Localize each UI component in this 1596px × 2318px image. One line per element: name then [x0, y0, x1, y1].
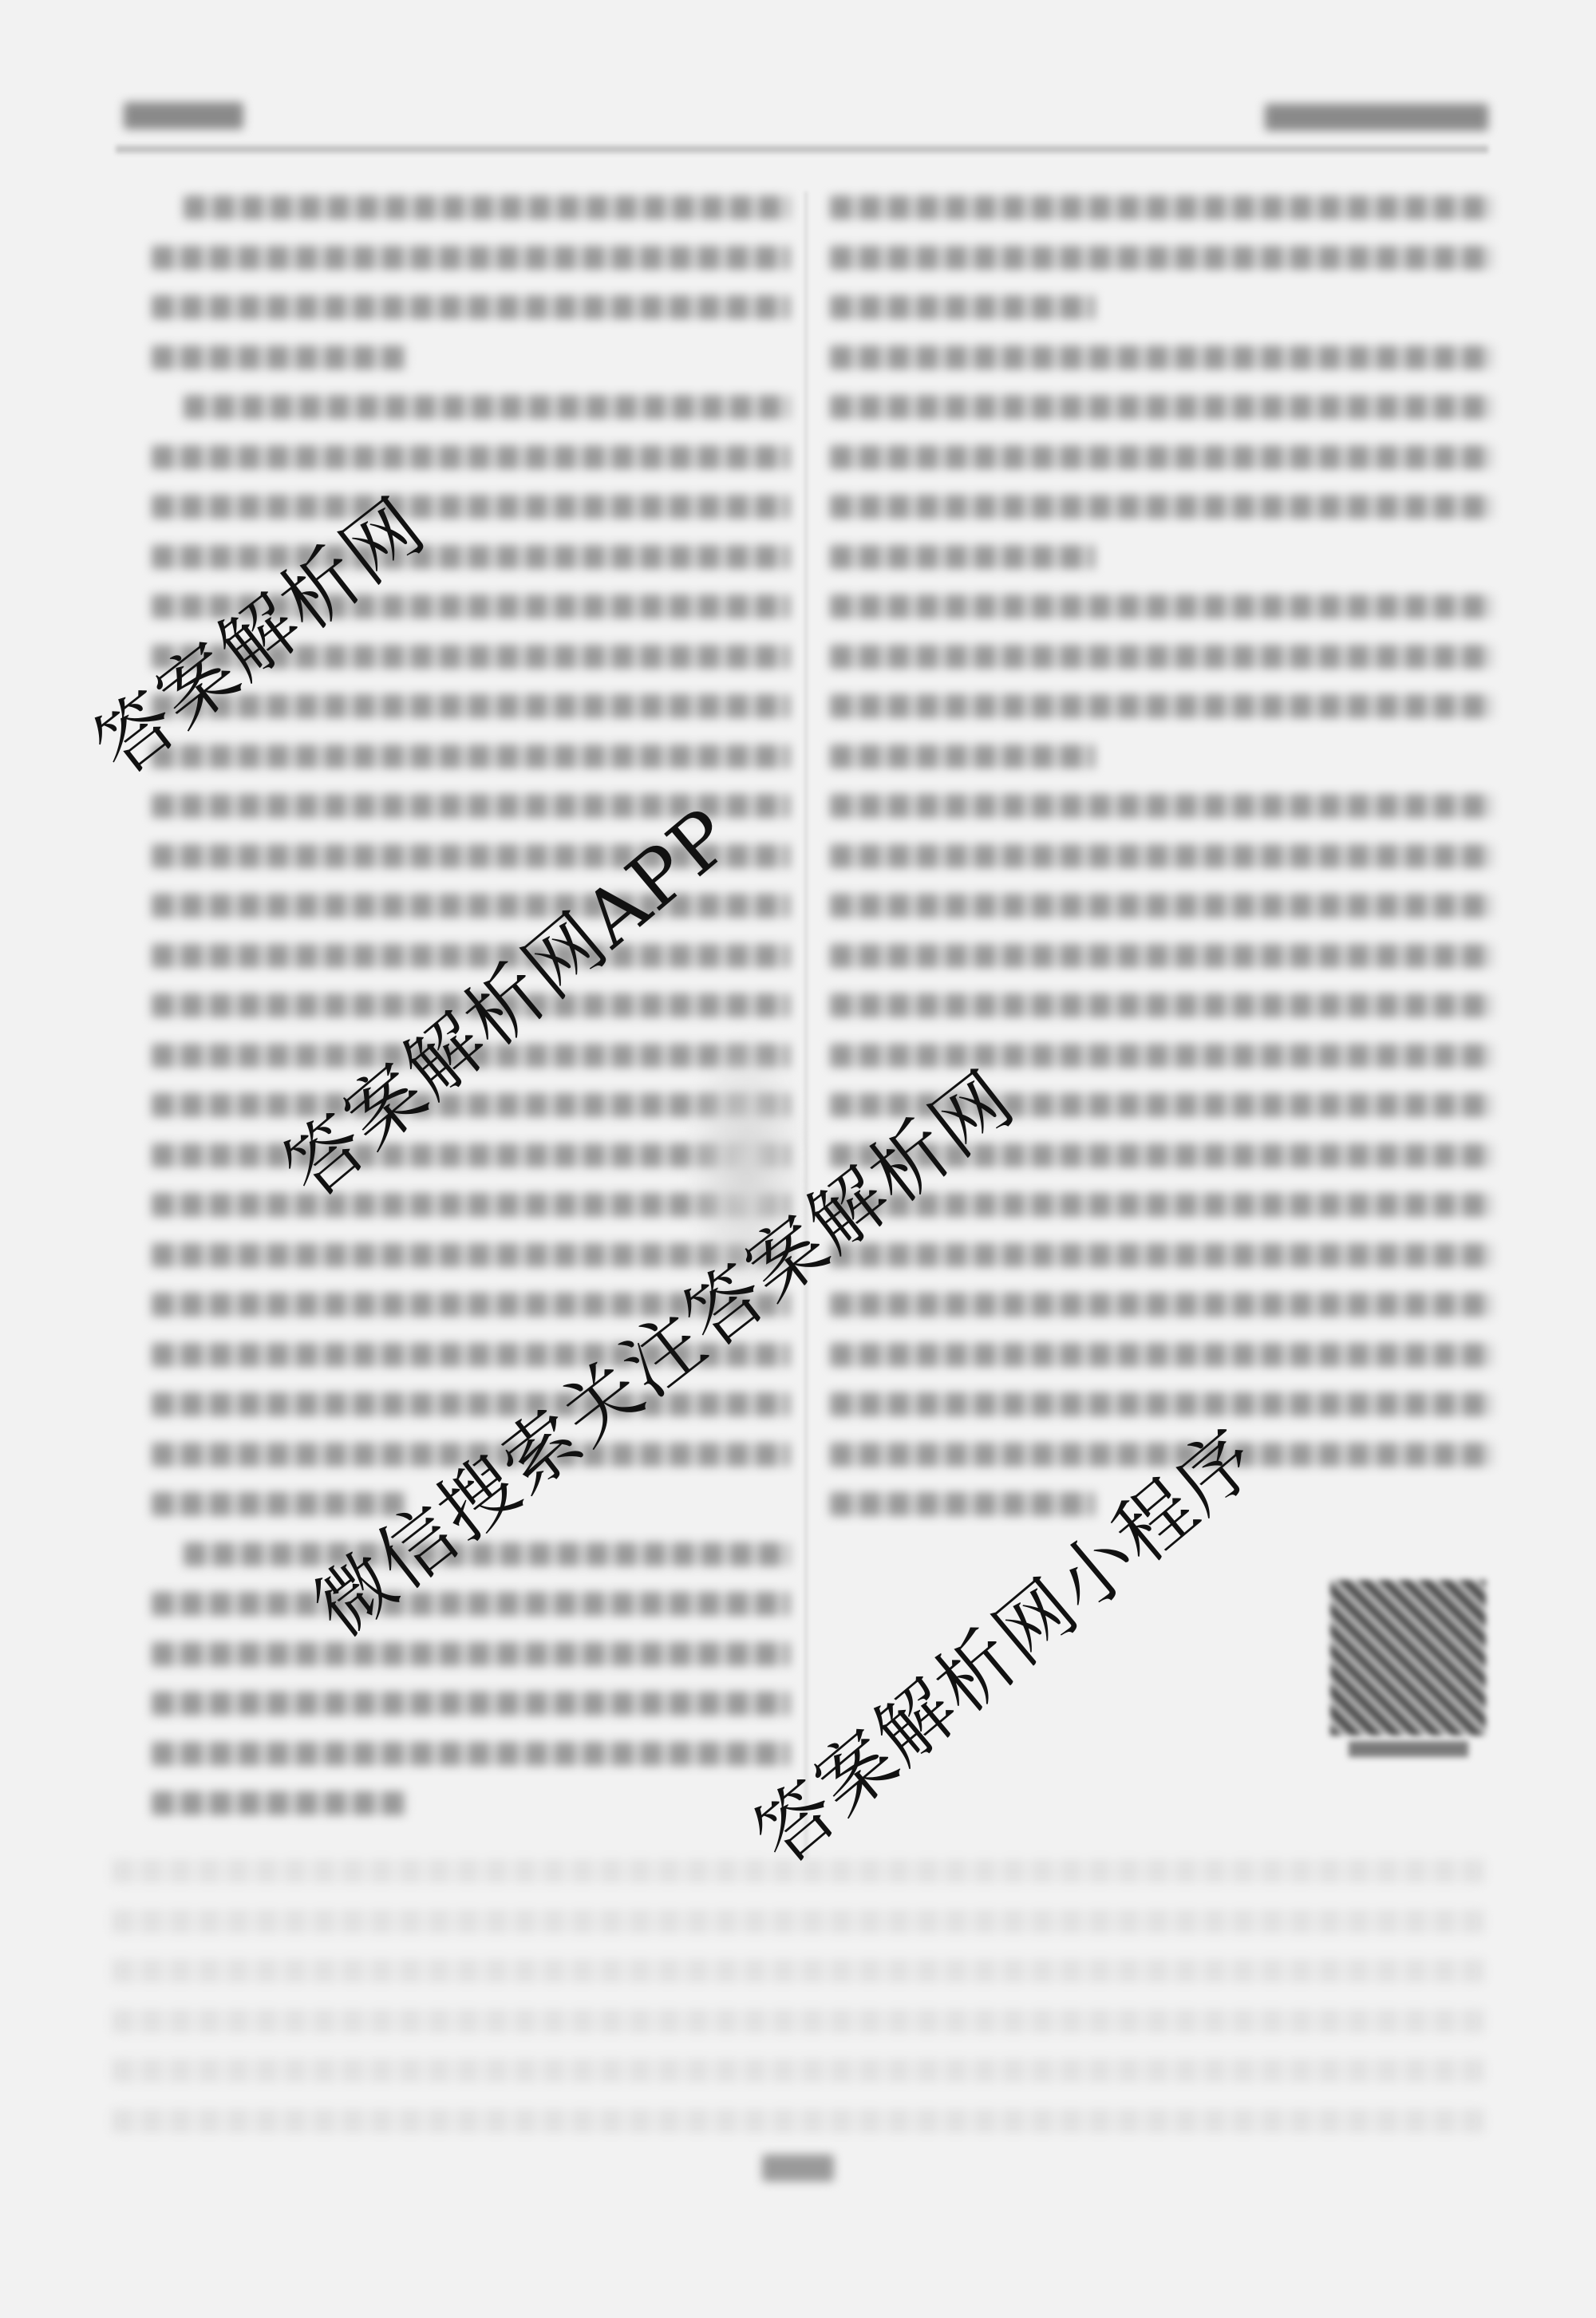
faint-bleedthrough-text [112, 1859, 1484, 2158]
text-line [152, 495, 790, 519]
text-line [152, 1642, 790, 1666]
text-line [830, 744, 1095, 768]
column-divider [804, 192, 808, 1859]
header-rule [116, 145, 1488, 153]
text-line [830, 794, 1492, 818]
text-line [152, 1791, 407, 1815]
header-section-label [1265, 104, 1488, 132]
text-line [830, 195, 1492, 219]
text-line [830, 545, 1095, 569]
text-line [830, 1492, 1095, 1516]
right-column-text [830, 195, 1492, 1542]
text-line [830, 844, 1492, 868]
text-line [112, 2109, 1484, 2133]
text-line [830, 1293, 1492, 1317]
qr-caption [1349, 1741, 1468, 1757]
text-line [830, 495, 1492, 519]
text-line [152, 744, 790, 768]
document-page: 答案解析网 答案解析网APP 微信搜索关注答案解析网 答案解析网小程序 [0, 0, 1596, 2318]
text-line [830, 645, 1492, 669]
text-line [830, 594, 1492, 618]
text-line [830, 944, 1492, 968]
text-line [184, 395, 790, 419]
page-number [762, 2154, 834, 2178]
text-line [830, 1343, 1492, 1367]
text-line [152, 346, 407, 369]
text-line [830, 694, 1492, 718]
text-line [830, 395, 1492, 419]
text-line [152, 1692, 790, 1716]
text-line [152, 445, 790, 469]
text-line [830, 445, 1492, 469]
text-line [830, 1243, 1492, 1267]
header-subject-label [124, 102, 243, 131]
text-line [152, 246, 790, 270]
text-line [112, 2059, 1484, 2083]
text-line [830, 993, 1492, 1017]
text-line [830, 346, 1492, 369]
text-line [152, 295, 790, 319]
text-line [152, 1392, 790, 1416]
text-line [112, 2009, 1484, 2033]
text-line [184, 195, 790, 219]
text-line [152, 1742, 790, 1766]
text-line [112, 1909, 1484, 1933]
text-line [830, 894, 1492, 918]
qr-code[interactable] [1330, 1580, 1486, 1736]
text-line [830, 246, 1492, 270]
text-line [830, 295, 1095, 319]
text-line [152, 545, 790, 569]
text-line [830, 1044, 1492, 1068]
text-line [152, 1592, 790, 1616]
text-line [830, 1392, 1492, 1416]
text-line [112, 1959, 1484, 1983]
